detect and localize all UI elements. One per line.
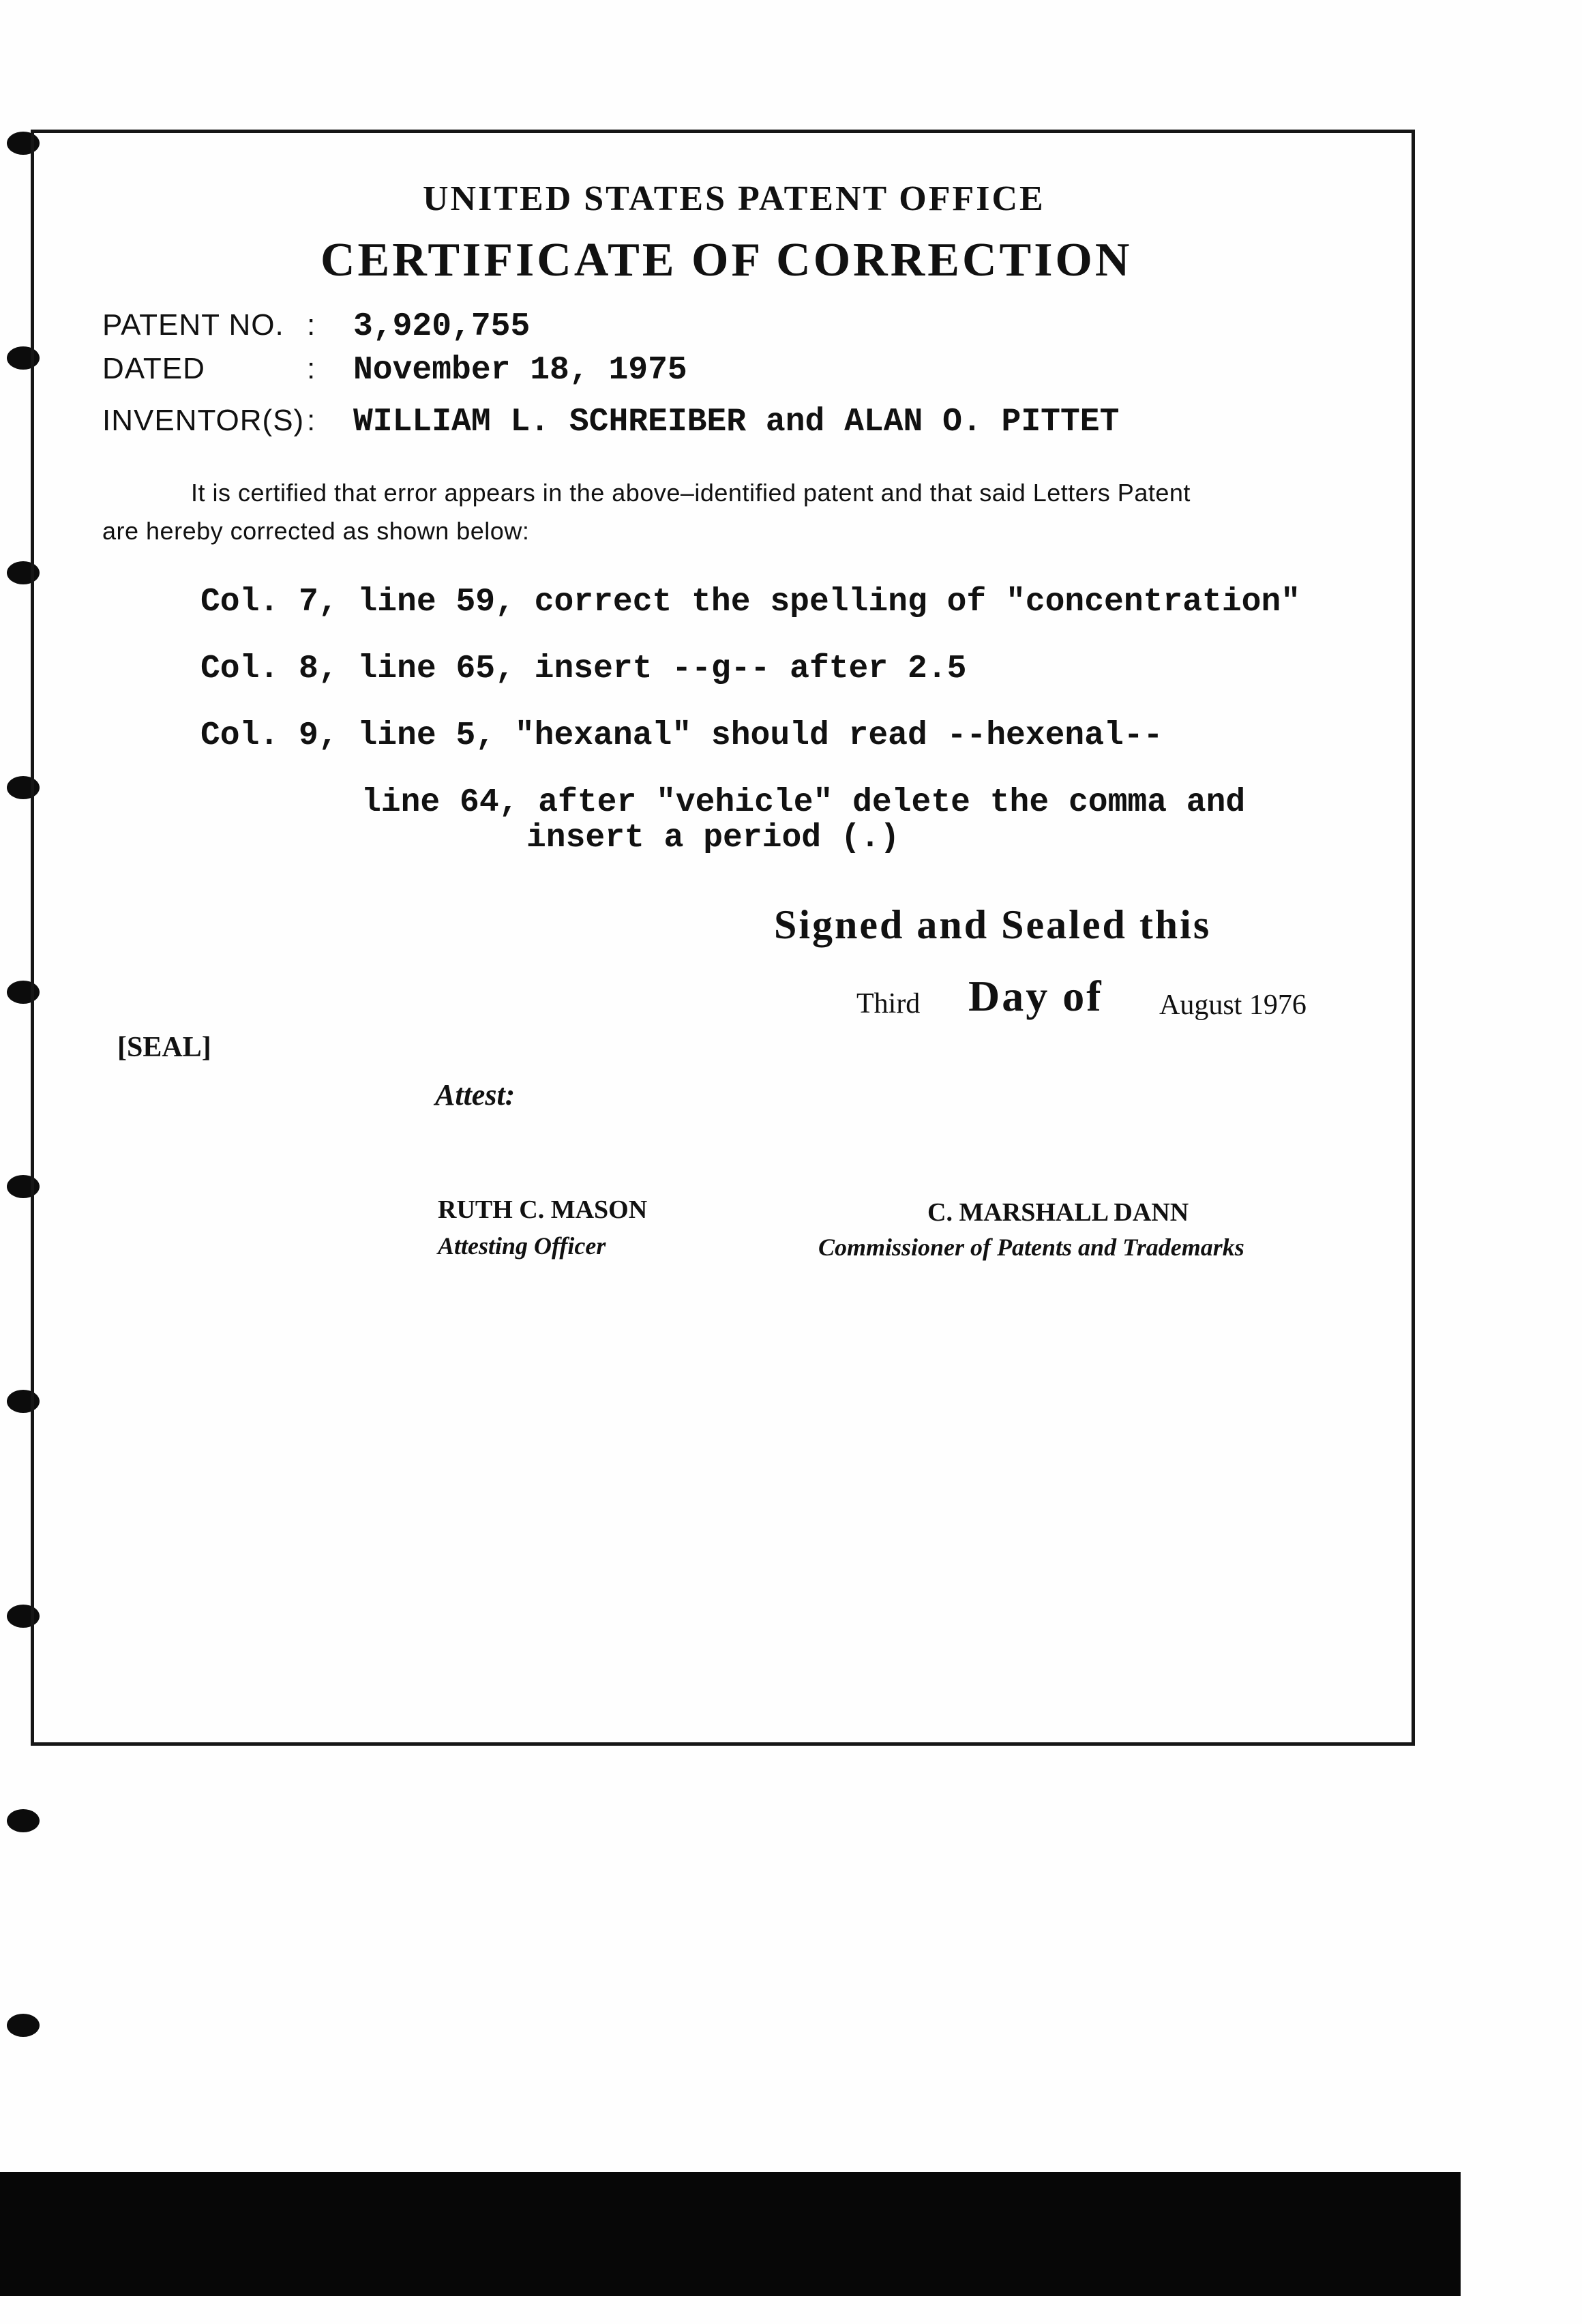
field-colon: :	[307, 404, 353, 438]
patent-number-label: PATENT NO.	[102, 308, 307, 342]
day-word: Third	[856, 987, 920, 1020]
correction-line-3: Col. 9, line 5, "hexanal" should read --…	[200, 717, 1163, 754]
certification-text-line1: It is certified that error appears in th…	[191, 479, 1191, 507]
field-colon: :	[307, 308, 353, 342]
date-words: August 1976	[1159, 989, 1307, 1022]
patent-number-value: 3,920,755	[353, 308, 530, 345]
field-colon: :	[307, 352, 353, 386]
correction-line-1: Col. 7, line 59, correct the spelling of…	[200, 584, 1300, 621]
commissioner-title: Commissioner of Patents and Trademarks	[818, 1233, 1244, 1262]
commissioner-name: C. MARSHALL DANN	[927, 1197, 1189, 1227]
inventors-row: INVENTOR(S):WILLIAM L. SCHREIBER and ALA…	[102, 404, 1119, 441]
dated-label: DATED	[102, 352, 307, 386]
correction-line-2: Col. 8, line 65, insert --g-- after 2.5	[200, 651, 966, 687]
binder-hole-icon	[7, 2014, 40, 2037]
attest-label: Attest:	[435, 1077, 515, 1112]
dated-row: DATED:November 18, 1975	[102, 352, 687, 389]
day-of-words: Day of	[968, 971, 1103, 1022]
correction-line-4: line 64, after "vehicle" delete the comm…	[361, 784, 1245, 821]
seal-marker: [SEAL]	[117, 1031, 211, 1064]
certification-text-line2: are hereby corrected as shown below:	[102, 517, 529, 546]
certificate-of-correction-page: UNITED STATES PATENT OFFICE CERTIFICATE …	[0, 0, 1582, 2324]
patent-number-row: PATENT NO.:3,920,755	[102, 308, 530, 345]
inventors-label: INVENTOR(S)	[102, 404, 307, 438]
certificate-title-heading: CERTIFICATE OF CORRECTION	[320, 233, 1132, 288]
attesting-officer-title: Attesting Officer	[438, 1232, 606, 1260]
scan-artifact-bar	[0, 2172, 1461, 2296]
correction-line-5: insert a period (.)	[526, 820, 899, 856]
dated-value: November 18, 1975	[353, 352, 687, 389]
signed-and-sealed-line: Signed and Sealed this	[774, 902, 1211, 949]
inventors-value: WILLIAM L. SCHREIBER and ALAN O. PITTET	[353, 404, 1119, 441]
office-name-heading: UNITED STATES PATENT OFFICE	[423, 179, 1045, 219]
binder-hole-icon	[7, 1809, 40, 1832]
attesting-officer-name: RUTH C. MASON	[438, 1195, 647, 1225]
